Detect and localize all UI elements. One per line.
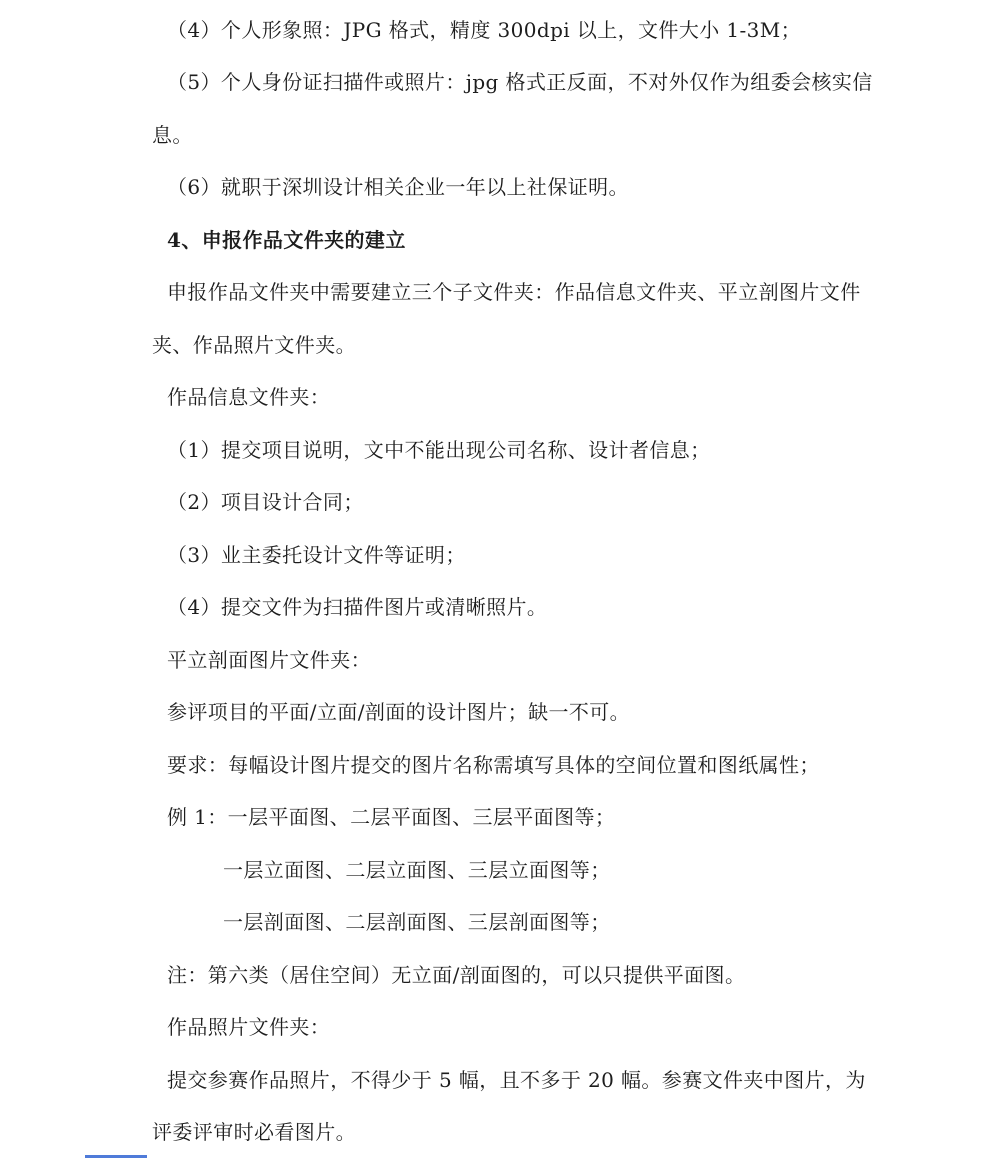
text-line: 平立剖面图片文件夹：	[0, 632, 1000, 685]
text-line: （5）个人身份证扫描件或照片：jpg 格式正反面，不对外仅作为组委会核实信	[0, 55, 1000, 108]
text-line: 作品信息文件夹：	[0, 370, 1000, 423]
text-line: 一层剖面图、二层剖面图、三层剖面图等；	[0, 895, 1000, 948]
text-line: 参评项目的平面/立面/剖面的设计图片；缺一不可。	[0, 685, 1000, 738]
text-line: 注：第六类（居住空间）无立面/剖面图的，可以只提供平面图。	[0, 947, 1000, 1000]
text-line: 例 1：一层平面图、二层平面图、三层平面图等；	[0, 790, 1000, 843]
document-body: （4）个人形象照：JPG 格式，精度 300dpi 以上，文件大小 1-3M；（…	[0, 2, 1000, 1157]
text-line: 提交参赛作品照片，不得少于 5 幅，且不多于 20 幅。参赛文件夹中图片，为	[0, 1052, 1000, 1105]
text-line: 评委评审时必看图片。	[0, 1105, 1000, 1158]
text-line: 息。	[0, 107, 1000, 160]
text-line: （3）业主委托设计文件等证明；	[0, 527, 1000, 580]
text-line: 作品照片文件夹：	[0, 1000, 1000, 1053]
cutoff-link-fragment	[85, 1155, 147, 1158]
section-heading: 4、申报作品文件夹的建立	[0, 212, 1000, 265]
text-line: 夹、作品照片文件夹。	[0, 317, 1000, 370]
text-line: （4）提交文件为扫描件图片或清晰照片。	[0, 580, 1000, 633]
text-line: 要求：每幅设计图片提交的图片名称需填写具体的空间位置和图纸属性；	[0, 737, 1000, 790]
text-line: （1）提交项目说明，文中不能出现公司名称、设计者信息；	[0, 422, 1000, 475]
text-line: （6）就职于深圳设计相关企业一年以上社保证明。	[0, 160, 1000, 213]
text-line: 申报作品文件夹中需要建立三个子文件夹：作品信息文件夹、平立剖图片文件	[0, 265, 1000, 318]
text-line: （4）个人形象照：JPG 格式，精度 300dpi 以上，文件大小 1-3M；	[0, 2, 1000, 55]
document-page: （4）个人形象照：JPG 格式，精度 300dpi 以上，文件大小 1-3M；（…	[0, 0, 1000, 1160]
text-line: （2）项目设计合同；	[0, 475, 1000, 528]
text-line: 一层立面图、二层立面图、三层立面图等；	[0, 842, 1000, 895]
